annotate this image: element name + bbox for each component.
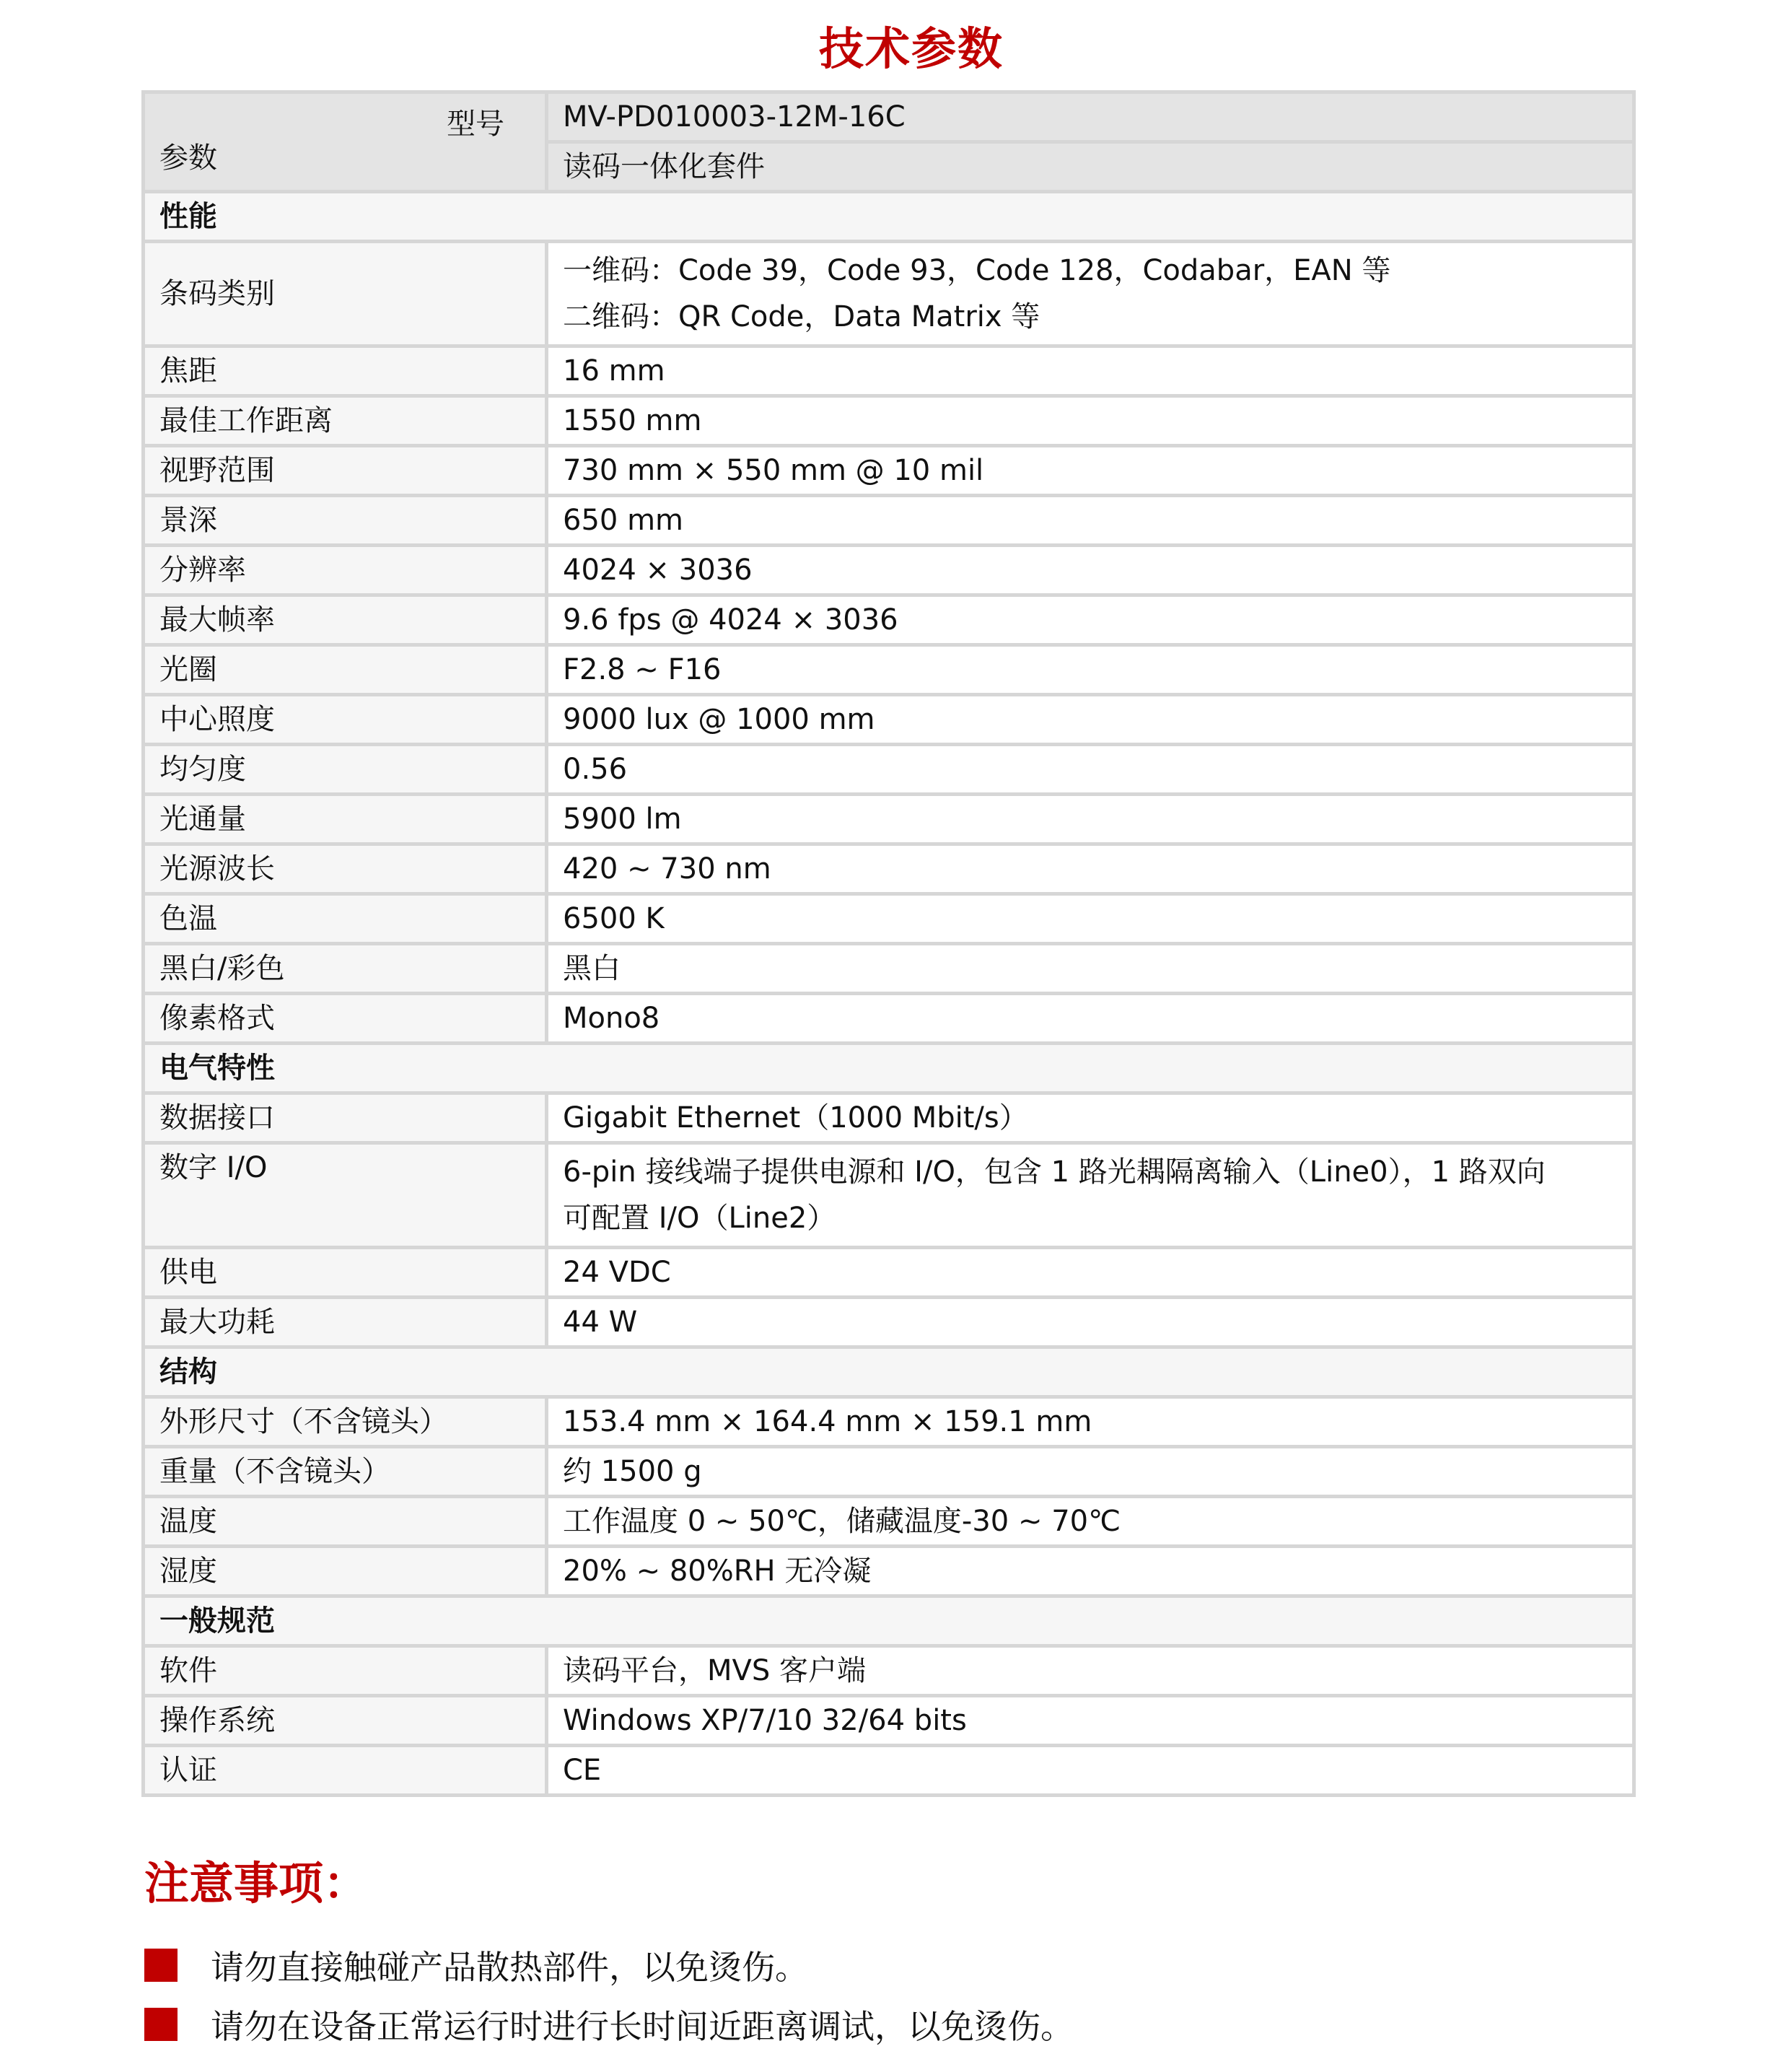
spec-label: 湿度 (144, 1547, 547, 1596)
spec-label: 温度 (144, 1497, 547, 1547)
spec-label: 像素格式 (144, 994, 547, 1044)
red-square-bullet-icon (144, 1949, 178, 1982)
param-header-label: 参数 (159, 135, 217, 181)
spec-label: 重量（不含镜头） (144, 1447, 547, 1497)
spec-label: 中心照度 (144, 695, 547, 745)
spec-label: 景深 (144, 496, 547, 546)
spec-label: 数据接口 (144, 1093, 547, 1143)
spec-label: 最大帧率 (144, 595, 547, 645)
spec-label: 视野范围 (144, 446, 547, 496)
spec-value: 20% ~ 80%RH 无冷凝 (547, 1547, 1634, 1596)
spec-row: 色温6500 K (144, 894, 1634, 944)
header-row-model: 型号 参数 MV-PD010003-12M-16C (144, 92, 1634, 142)
spec-row: 外形尺寸（不含镜头）153.4 mm × 164.4 mm × 159.1 mm (144, 1397, 1634, 1447)
note-item: 请勿直接触碰产品散热部件，以免烫伤。 (144, 1941, 808, 1989)
spec-row: 视野范围730 mm × 550 mm @ 10 mil (144, 446, 1634, 496)
spec-table: 型号 参数 MV-PD010003-12M-16C 读码一体化套件 性能条码类别… (141, 90, 1636, 1797)
spec-row: 光源波长420 ~ 730 nm (144, 844, 1634, 894)
spec-value: Gigabit Ethernet（1000 Mbit/s） (547, 1093, 1634, 1143)
spec-value: CE (547, 1746, 1634, 1796)
spec-row: 软件读码平台，MVS 客户端 (144, 1646, 1634, 1696)
spec-row: 最大帧率9.6 fps @ 4024 × 3036 (144, 595, 1634, 645)
spec-value: Windows XP/7/10 32/64 bits (547, 1696, 1634, 1746)
spec-value: 420 ~ 730 nm (547, 844, 1634, 894)
section-title: 结构 (144, 1347, 1634, 1397)
spec-label: 光通量 (144, 795, 547, 844)
spec-row: 认证CE (144, 1746, 1634, 1796)
spec-label: 软件 (144, 1646, 547, 1696)
notes-title: 注意事项： (144, 1848, 368, 1912)
spec-row: 供电24 VDC (144, 1248, 1634, 1298)
spec-row: 条码类别一维码：Code 39，Code 93，Code 128，Codabar… (144, 242, 1634, 346)
spec-row: 最佳工作距离1550 mm (144, 396, 1634, 446)
spec-row: 光圈F2.8 ~ F16 (144, 645, 1634, 695)
model-header-label: 型号 (447, 101, 504, 147)
spec-value: 730 mm × 550 mm @ 10 mil (547, 446, 1634, 496)
spec-value: 9000 lux @ 1000 mm (547, 695, 1634, 745)
spec-label: 操作系统 (144, 1696, 547, 1746)
product-type: 读码一体化套件 (547, 142, 1634, 192)
spec-row: 操作系统Windows XP/7/10 32/64 bits (144, 1696, 1634, 1746)
spec-value: 9.6 fps @ 4024 × 3036 (547, 595, 1634, 645)
spec-row: 数据接口Gigabit Ethernet（1000 Mbit/s） (144, 1093, 1634, 1143)
note-item: 请勿在设备正常运行时进行长时间近距离调试，以免烫伤。 (144, 2001, 1074, 2048)
spec-value-line: 一维码：Code 39，Code 93，Code 128，Codabar，EAN… (563, 248, 1618, 294)
note-text: 请勿直接触碰产品散热部件，以免烫伤。 (211, 1941, 808, 1989)
spec-row: 温度工作温度 0 ~ 50℃，储藏温度-30 ~ 70℃ (144, 1497, 1634, 1547)
spec-label: 分辨率 (144, 546, 547, 595)
spec-value-line: 二维码：QR Code，Data Matrix 等 (563, 294, 1618, 340)
spec-label: 外形尺寸（不含镜头） (144, 1397, 547, 1447)
spec-value: 4024 × 3036 (547, 546, 1634, 595)
spec-row: 黑白/彩色黑白 (144, 944, 1634, 994)
spec-label: 条码类别 (144, 242, 547, 346)
spec-value: 黑白 (547, 944, 1634, 994)
spec-label: 供电 (144, 1248, 547, 1298)
spec-value: 5900 lm (547, 795, 1634, 844)
spec-value: 一维码：Code 39，Code 93，Code 128，Codabar，EAN… (547, 242, 1634, 346)
spec-label: 色温 (144, 894, 547, 944)
spec-value: 24 VDC (547, 1248, 1634, 1298)
spec-value: 0.56 (547, 745, 1634, 795)
spec-row: 像素格式Mono8 (144, 994, 1634, 1044)
spec-row: 湿度20% ~ 80%RH 无冷凝 (144, 1547, 1634, 1596)
spec-value: 6500 K (547, 894, 1634, 944)
spec-row: 分辨率4024 × 3036 (144, 546, 1634, 595)
spec-value: 153.4 mm × 164.4 mm × 159.1 mm (547, 1397, 1634, 1447)
section-header-row: 电气特性 (144, 1044, 1634, 1093)
spec-value: 读码平台，MVS 客户端 (547, 1646, 1634, 1696)
spec-value: 16 mm (547, 346, 1634, 396)
spec-label: 均匀度 (144, 745, 547, 795)
spec-label: 焦距 (144, 346, 547, 396)
spec-row: 重量（不含镜头）约 1500 g (144, 1447, 1634, 1497)
section-title: 一般规范 (144, 1596, 1634, 1646)
section-title: 电气特性 (144, 1044, 1634, 1093)
spec-value: 6-pin 接线端子提供电源和 I/O，包含 1 路光耦隔离输入（Line0），… (547, 1143, 1634, 1248)
section-header-row: 一般规范 (144, 1596, 1634, 1646)
spec-label: 最大功耗 (144, 1298, 547, 1347)
spec-row: 数字 I/O6-pin 接线端子提供电源和 I/O，包含 1 路光耦隔离输入（L… (144, 1143, 1634, 1248)
spec-label: 光源波长 (144, 844, 547, 894)
red-square-bullet-icon (144, 2008, 178, 2041)
spec-label: 认证 (144, 1746, 547, 1796)
spec-value: 44 W (547, 1298, 1634, 1347)
spec-label: 数字 I/O (144, 1143, 547, 1248)
section-header-row: 结构 (144, 1347, 1634, 1397)
spec-row: 均匀度0.56 (144, 745, 1634, 795)
spec-value: F2.8 ~ F16 (547, 645, 1634, 695)
spec-label: 光圈 (144, 645, 547, 695)
page-title: 技术参数 (0, 13, 1788, 77)
spec-row: 中心照度9000 lux @ 1000 mm (144, 695, 1634, 745)
spec-label: 黑白/彩色 (144, 944, 547, 994)
section-title: 性能 (144, 192, 1634, 242)
spec-row: 最大功耗44 W (144, 1298, 1634, 1347)
spec-value: Mono8 (547, 994, 1634, 1044)
note-text: 请勿在设备正常运行时进行长时间近距离调试，以免烫伤。 (211, 2001, 1074, 2048)
section-header-row: 性能 (144, 192, 1634, 242)
model-number: MV-PD010003-12M-16C (547, 92, 1634, 142)
diagonal-header-cell: 型号 参数 (144, 92, 547, 192)
spec-value: 650 mm (547, 496, 1634, 546)
spec-value: 工作温度 0 ~ 50℃，储藏温度-30 ~ 70℃ (547, 1497, 1634, 1547)
spec-row: 光通量5900 lm (144, 795, 1634, 844)
spec-value-line: 可配置 I/O（Line2） (563, 1195, 1618, 1241)
spec-row: 焦距16 mm (144, 346, 1634, 396)
spec-row: 景深650 mm (144, 496, 1634, 546)
spec-value: 1550 mm (547, 396, 1634, 446)
spec-label: 最佳工作距离 (144, 396, 547, 446)
spec-value-line: 6-pin 接线端子提供电源和 I/O，包含 1 路光耦隔离输入（Line0），… (563, 1149, 1618, 1195)
spec-value: 约 1500 g (547, 1447, 1634, 1497)
